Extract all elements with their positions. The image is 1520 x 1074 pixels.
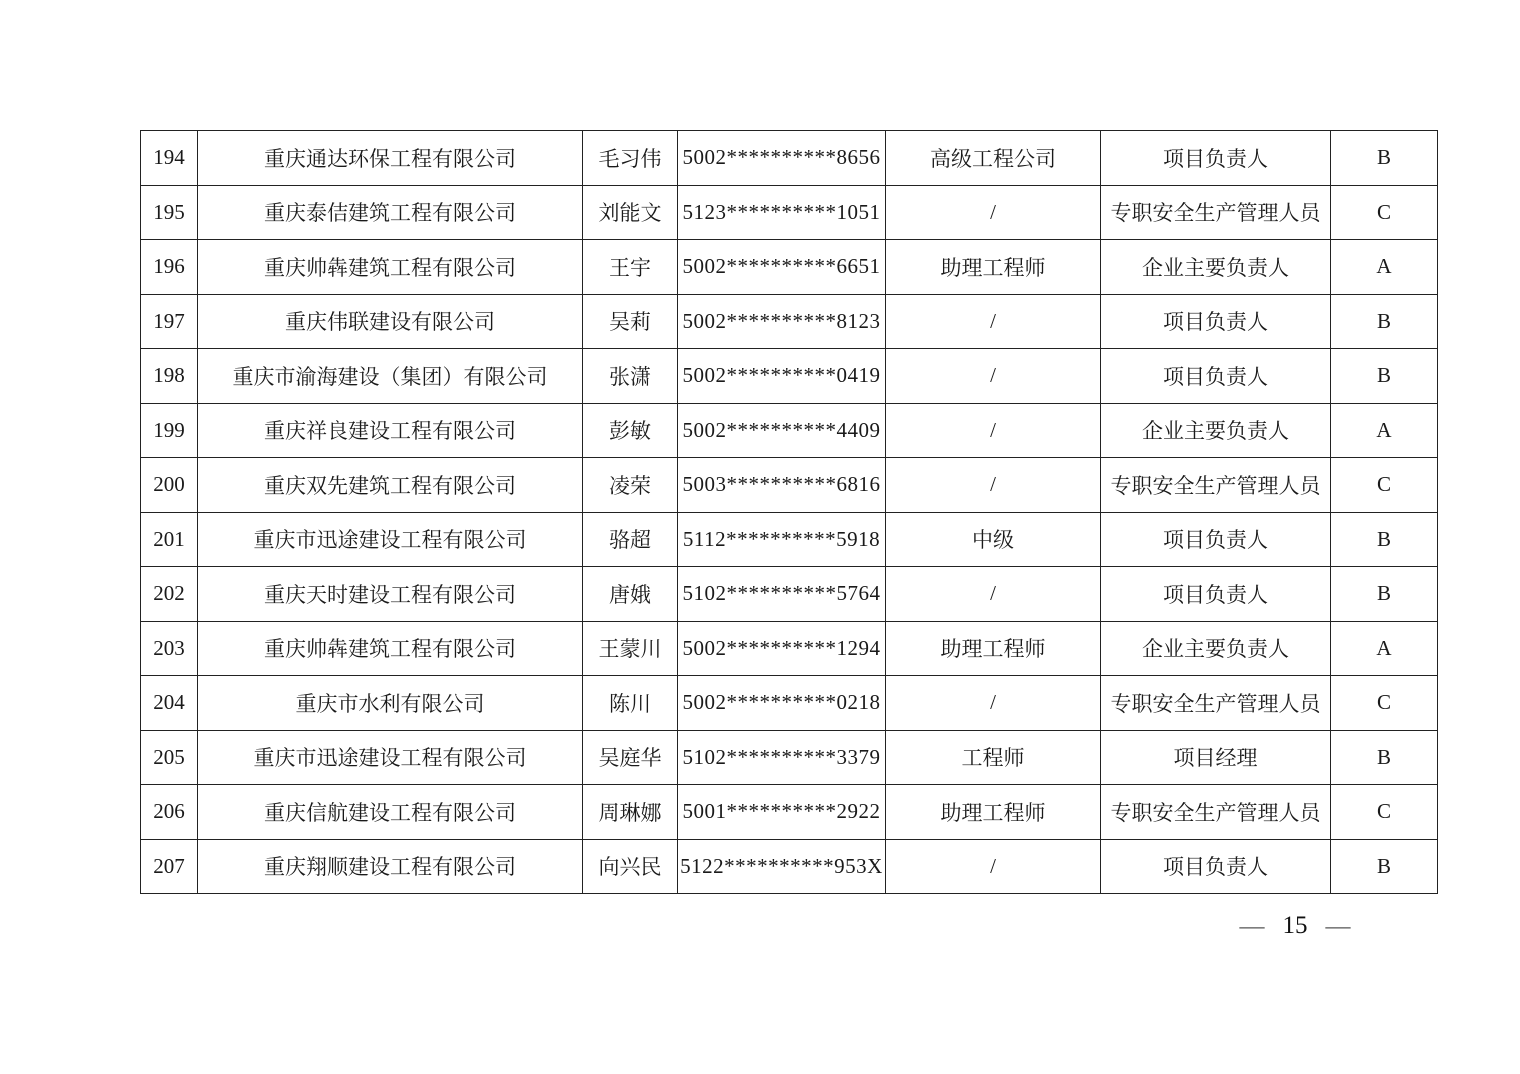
cell-index: 195	[141, 185, 198, 240]
cell-company: 重庆市迅途建设工程有限公司	[198, 730, 583, 785]
cell-name: 吴莉	[583, 294, 678, 349]
cell-grade: B	[1331, 567, 1438, 622]
cell-id_number: 5002**********6651	[678, 240, 886, 295]
table-row: 199重庆祥良建设工程有限公司彭敏5002**********4409/企业主要…	[141, 403, 1438, 458]
cell-position: 专职安全生产管理人员	[1101, 185, 1331, 240]
cell-grade: B	[1331, 294, 1438, 349]
cell-title: /	[886, 294, 1101, 349]
cell-name: 骆超	[583, 512, 678, 567]
cell-title: 助理工程师	[886, 621, 1101, 676]
cell-id_number: 5002**********0218	[678, 676, 886, 731]
cell-company: 重庆市水利有限公司	[198, 676, 583, 731]
cell-index: 194	[141, 131, 198, 186]
cell-company: 重庆市迅途建设工程有限公司	[198, 512, 583, 567]
cell-position: 项目负责人	[1101, 294, 1331, 349]
cell-grade: A	[1331, 403, 1438, 458]
cell-grade: C	[1331, 185, 1438, 240]
cell-grade: B	[1331, 131, 1438, 186]
cell-id_number: 5001**********2922	[678, 785, 886, 840]
table-row: 194重庆通达环保工程有限公司毛习伟5002**********8656高级工程…	[141, 131, 1438, 186]
cell-name: 凌荣	[583, 458, 678, 513]
cell-name: 刘能文	[583, 185, 678, 240]
cell-grade: C	[1331, 458, 1438, 513]
cell-name: 吴庭华	[583, 730, 678, 785]
cell-company: 重庆通达环保工程有限公司	[198, 131, 583, 186]
table-row: 195重庆泰佶建筑工程有限公司刘能文5123**********1051/专职安…	[141, 185, 1438, 240]
footer-right-dash: —	[1326, 914, 1351, 939]
cell-position: 专职安全生产管理人员	[1101, 785, 1331, 840]
cell-id_number: 5002**********8656	[678, 131, 886, 186]
cell-index: 205	[141, 730, 198, 785]
cell-grade: A	[1331, 621, 1438, 676]
cell-position: 专职安全生产管理人员	[1101, 458, 1331, 513]
cell-position: 专职安全生产管理人员	[1101, 676, 1331, 731]
cell-name: 周琳娜	[583, 785, 678, 840]
cell-position: 项目负责人	[1101, 131, 1331, 186]
cell-title: 中级	[886, 512, 1101, 567]
cell-name: 张潇	[583, 349, 678, 404]
cell-company: 重庆翔顺建设工程有限公司	[198, 839, 583, 894]
cell-name: 毛习伟	[583, 131, 678, 186]
cell-position: 项目负责人	[1101, 567, 1331, 622]
cell-position: 企业主要负责人	[1101, 621, 1331, 676]
table-row: 203重庆帅犇建筑工程有限公司王蒙川5002**********1294助理工程…	[141, 621, 1438, 676]
cell-grade: B	[1331, 512, 1438, 567]
cell-id_number: 5002**********4409	[678, 403, 886, 458]
cell-company: 重庆双先建筑工程有限公司	[198, 458, 583, 513]
document-page: 194重庆通达环保工程有限公司毛习伟5002**********8656高级工程…	[0, 0, 1520, 1074]
cell-company: 重庆信航建设工程有限公司	[198, 785, 583, 840]
cell-id_number: 5123**********1051	[678, 185, 886, 240]
cell-grade: A	[1331, 240, 1438, 295]
cell-index: 198	[141, 349, 198, 404]
cell-name: 陈川	[583, 676, 678, 731]
table-row: 202重庆天时建设工程有限公司唐娥5102**********5764/项目负责…	[141, 567, 1438, 622]
cell-name: 向兴民	[583, 839, 678, 894]
cell-grade: B	[1331, 839, 1438, 894]
cell-id_number: 5002**********0419	[678, 349, 886, 404]
cell-position: 项目负责人	[1101, 512, 1331, 567]
cell-index: 196	[141, 240, 198, 295]
cell-title: 助理工程师	[886, 785, 1101, 840]
cell-title: /	[886, 676, 1101, 731]
cell-company: 重庆帅犇建筑工程有限公司	[198, 240, 583, 295]
cell-company: 重庆祥良建设工程有限公司	[198, 403, 583, 458]
cell-index: 207	[141, 839, 198, 894]
cell-title: /	[886, 839, 1101, 894]
cell-index: 199	[141, 403, 198, 458]
cell-name: 彭敏	[583, 403, 678, 458]
cell-id_number: 5122**********953X	[678, 839, 886, 894]
cell-title: /	[886, 403, 1101, 458]
table-row: 196重庆帅犇建筑工程有限公司王宇5002**********6651助理工程师…	[141, 240, 1438, 295]
cell-id_number: 5002**********8123	[678, 294, 886, 349]
cell-index: 200	[141, 458, 198, 513]
cell-title: /	[886, 185, 1101, 240]
cell-title: /	[886, 567, 1101, 622]
page-footer: — 15 —	[1180, 912, 1410, 940]
cell-index: 202	[141, 567, 198, 622]
cell-company: 重庆天时建设工程有限公司	[198, 567, 583, 622]
table-row: 207重庆翔顺建设工程有限公司向兴民5122**********953X/项目负…	[141, 839, 1438, 894]
cell-index: 204	[141, 676, 198, 731]
cell-index: 206	[141, 785, 198, 840]
cell-id_number: 5102**********5764	[678, 567, 886, 622]
cell-id_number: 5003**********6816	[678, 458, 886, 513]
cell-grade: C	[1331, 676, 1438, 731]
table-row: 205重庆市迅途建设工程有限公司吴庭华5102**********3379工程师…	[141, 730, 1438, 785]
cell-company: 重庆伟联建设有限公司	[198, 294, 583, 349]
cell-index: 197	[141, 294, 198, 349]
cell-title: 工程师	[886, 730, 1101, 785]
cell-company: 重庆市渝海建设（集团）有限公司	[198, 349, 583, 404]
cell-title: 助理工程师	[886, 240, 1101, 295]
cell-title: /	[886, 458, 1101, 513]
cell-position: 项目负责人	[1101, 349, 1331, 404]
cell-position: 企业主要负责人	[1101, 403, 1331, 458]
cell-id_number: 5112**********5918	[678, 512, 886, 567]
table-row: 198重庆市渝海建设（集团）有限公司张潇5002**********0419/项…	[141, 349, 1438, 404]
cell-position: 企业主要负责人	[1101, 240, 1331, 295]
cell-company: 重庆泰佶建筑工程有限公司	[198, 185, 583, 240]
table-row: 201重庆市迅途建设工程有限公司骆超5112**********5918中级项目…	[141, 512, 1438, 567]
cell-title: /	[886, 349, 1101, 404]
records-table: 194重庆通达环保工程有限公司毛习伟5002**********8656高级工程…	[140, 130, 1438, 894]
cell-id_number: 5102**********3379	[678, 730, 886, 785]
table-row: 200重庆双先建筑工程有限公司凌荣5003**********6816/专职安全…	[141, 458, 1438, 513]
cell-grade: C	[1331, 785, 1438, 840]
cell-position: 项目负责人	[1101, 839, 1331, 894]
cell-name: 唐娥	[583, 567, 678, 622]
records-table-body: 194重庆通达环保工程有限公司毛习伟5002**********8656高级工程…	[141, 131, 1438, 894]
cell-index: 203	[141, 621, 198, 676]
cell-name: 王宇	[583, 240, 678, 295]
cell-company: 重庆帅犇建筑工程有限公司	[198, 621, 583, 676]
cell-title: 高级工程公司	[886, 131, 1101, 186]
cell-grade: B	[1331, 349, 1438, 404]
cell-grade: B	[1331, 730, 1438, 785]
cell-id_number: 5002**********1294	[678, 621, 886, 676]
table-row: 206重庆信航建设工程有限公司周琳娜5001**********2922助理工程…	[141, 785, 1438, 840]
footer-left-dash: —	[1240, 914, 1265, 939]
page-number: 15	[1283, 912, 1308, 940]
table-row: 204重庆市水利有限公司陈川5002**********0218/专职安全生产管…	[141, 676, 1438, 731]
cell-name: 王蒙川	[583, 621, 678, 676]
cell-position: 项目经理	[1101, 730, 1331, 785]
cell-index: 201	[141, 512, 198, 567]
table-row: 197重庆伟联建设有限公司吴莉5002**********8123/项目负责人B	[141, 294, 1438, 349]
